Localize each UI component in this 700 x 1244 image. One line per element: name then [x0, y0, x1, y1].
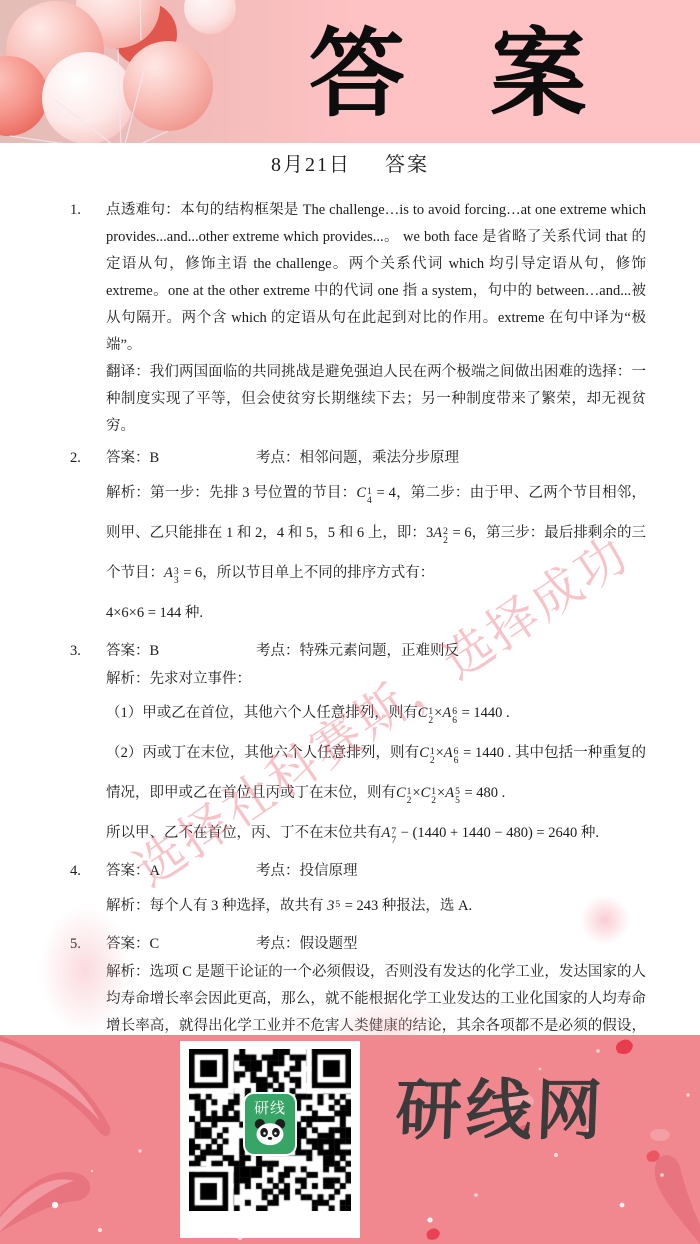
- answer-head: 答案：A考点：投信原理: [106, 858, 646, 885]
- paragraph: （1）甲或乙在首位，其他六个人任意排列，则有C12×A66 = 1440 .: [106, 693, 646, 733]
- balloons-image: [0, 0, 238, 143]
- topic-label: 考点：特殊元素问题，正难则反: [256, 638, 459, 665]
- page-header: 答 案: [0, 0, 700, 143]
- answer-item: 1.点透难句：本句的结构框架是 The challenge…is to avoi…: [70, 197, 646, 440]
- item-body: 答案：B考点：特殊元素问题，正难则反解析：先求对立事件：（1）甲或乙在首位，其他…: [106, 638, 646, 853]
- item-body: 答案：B考点：相邻问题，乘法分步原理解析：第一步：先排 3 号位置的节目：C14…: [106, 445, 646, 633]
- paragraph: 点透难句：本句的结构框架是 The challenge…is to avoid …: [106, 197, 646, 359]
- qr-logo: 研线: [245, 1094, 295, 1154]
- math-symbol: C12: [421, 773, 437, 813]
- answer-head: 答案：C考点：假设题型: [106, 931, 646, 958]
- balloon-illustration: [0, 0, 238, 143]
- answer-item: 4.答案：A考点：投信原理解析：每个人有 3 种选择，故共有 35 = 243 …: [70, 858, 646, 926]
- item-number: 2.: [70, 445, 106, 633]
- page-footer: 研线 研线网: [0, 1035, 700, 1244]
- paragraph: （2）丙或丁在末位，其他六个人任意排列，则有C12×A66 = 1440 . 其…: [106, 733, 646, 813]
- paragraph: 解析：先求对立事件：: [106, 666, 646, 693]
- math-symbol: A33: [164, 553, 180, 593]
- math-symbol: C12: [396, 773, 412, 813]
- answer-head: 答案：B考点：相邻问题，乘法分步原理: [106, 445, 646, 472]
- math-symbol: A77: [382, 813, 398, 853]
- topic-label: 考点：投信原理: [256, 858, 358, 885]
- topic-label: 考点：假设题型: [256, 931, 358, 958]
- math-symbol: A66: [442, 693, 458, 733]
- answer-head: 答案：B考点：特殊元素问题，正难则反: [106, 638, 646, 665]
- item-number: 1.: [70, 197, 106, 440]
- math-symbol: A66: [444, 733, 460, 773]
- paragraph: 解析：每个人有 3 种选择，故共有 35 = 243 种报法，选 A.: [106, 886, 646, 926]
- answer-value: 答案：B: [106, 445, 256, 472]
- panda-icon: [253, 1119, 287, 1146]
- answers-content: 1.点透难句：本句的结构框架是 The challenge…is to avoi…: [70, 197, 646, 1072]
- math-symbol: A22: [433, 513, 449, 553]
- item-body: 答案：A考点：投信原理解析：每个人有 3 种选择，故共有 35 = 243 种报…: [106, 858, 646, 926]
- item-body: 点透难句：本句的结构框架是 The challenge…is to avoid …: [106, 197, 646, 440]
- brand-title: 研线网: [394, 1057, 607, 1152]
- answer-value: 答案：C: [106, 931, 256, 958]
- item-number: 3.: [70, 638, 106, 853]
- paragraph: 解析：第一步：先排 3 号位置的节目：C14 = 4，第二步：由于甲、乙两个节目…: [106, 473, 646, 593]
- paragraph: 4×6×6 = 144 种.: [106, 593, 646, 633]
- item-number: 4.: [70, 858, 106, 926]
- date-label: 答案: [385, 154, 429, 176]
- math-symbol: A55: [445, 773, 461, 813]
- answer-item: 3.答案：B考点：特殊元素问题，正难则反解析：先求对立事件：（1）甲或乙在首位，…: [70, 638, 646, 853]
- answer-value: 答案：A: [106, 858, 256, 885]
- paragraph: 翻译：我们两国面临的共同挑战是避免强迫人民在两个极端之间做出困难的选择：一种制度…: [106, 359, 646, 440]
- topic-label: 考点：相邻问题，乘法分步原理: [256, 445, 459, 472]
- answer-value: 答案：B: [106, 638, 256, 665]
- math-symbol: C14: [356, 473, 372, 513]
- qr-logo-label: 研线: [254, 1101, 286, 1116]
- math-symbol: C12: [418, 693, 434, 733]
- paragraph: 所以甲、乙不在首位，丙、丁不在末位共有A77 − (1440 + 1440 − …: [106, 813, 646, 853]
- answer-list: 1.点透难句：本句的结构框架是 The challenge…is to avoi…: [70, 197, 646, 1067]
- qr-card: 研线: [180, 1041, 360, 1238]
- date-heading: 8月21日答案: [0, 148, 700, 177]
- math-symbol: 35: [327, 886, 341, 926]
- answer-item: 2.答案：B考点：相邻问题，乘法分步原理解析：第一步：先排 3 号位置的节目：C…: [70, 445, 646, 633]
- date-text: 8月21日: [271, 154, 351, 176]
- page-title: 答 案: [238, 0, 688, 143]
- math-symbol: C12: [419, 733, 435, 773]
